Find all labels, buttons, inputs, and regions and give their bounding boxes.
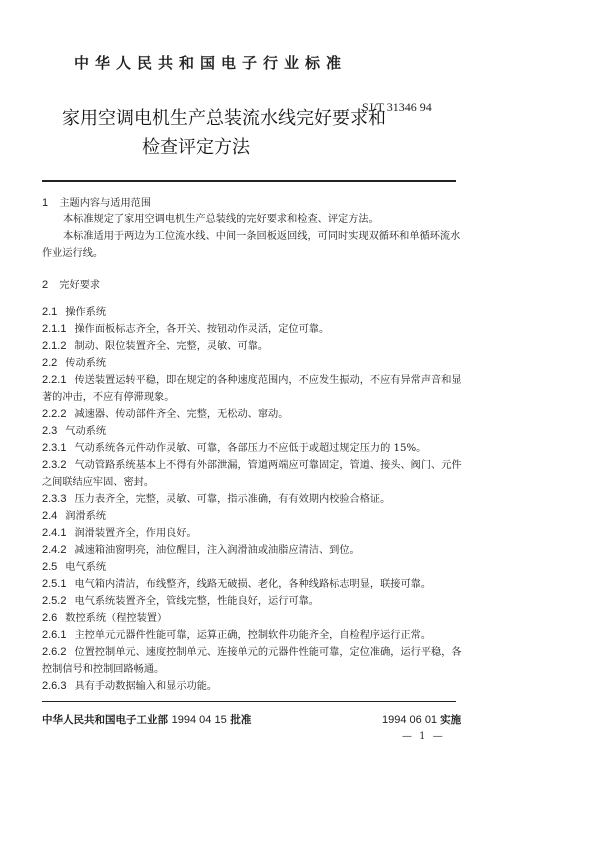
section-2-heading: 2 完好要求 <box>42 276 100 291</box>
clause-number: 2.5.2 <box>42 593 66 609</box>
clause-2-1-1: 2.1.1操作面板标志齐全，各开关、按钮动作灵活，定位可靠。 <box>42 321 329 338</box>
effective-date: 1994 06 01 <box>382 714 437 726</box>
clause-number: 2.1 <box>42 304 57 320</box>
clause-text: 电气箱内清洁，布线整齐，线路无破损、老化，各种线路标志明显，联接可靠。 <box>74 579 431 590</box>
approval-date: 1994 04 15 <box>172 714 227 726</box>
clause-2-6-1: 2.6.1主控单元元器件性能可靠，运算正确，控制软件功能齐全，自检程序运行正常。 <box>42 627 431 644</box>
approval-line: 中华人民共和国电子工业部 1994 04 15 批准 <box>42 712 251 727</box>
clause-number: 2.4 <box>42 508 57 524</box>
clause-2-1-2: 2.1.2制动、限位装置齐全、完整，灵敏、可靠。 <box>42 338 268 355</box>
clause-text: 电气系统 <box>65 562 106 573</box>
bottom-divider <box>42 701 456 702</box>
section-1-paragraph-1: 本标准规定了家用空调电机生产总装线的完好要求和检查、评定方法。 <box>42 211 462 228</box>
clause-2-5-2: 2.5.2电气系统装置齐全，管线完整，性能良好，运行可靠。 <box>42 593 319 610</box>
clause-text: 位置控制单元、速度控制单元、连接单元的元器件性能可靠，定位准确，运行平稳，各控制… <box>42 647 462 675</box>
approval-label: 批准 <box>230 714 251 726</box>
clause-2-5: 2.5电气系统 <box>42 559 106 576</box>
clause-2-3-1: 2.3.1气动系统各元件动作灵敏、可靠，各部压力不应低于或超过规定压力的 15%… <box>42 440 426 457</box>
clause-number: 2.5.1 <box>42 576 66 592</box>
page-number: — 1 — <box>402 731 445 742</box>
clause-2-5-1: 2.5.1电气箱内清洁，布线整齐，线路无破损、老化，各种线路标志明显，联接可靠。 <box>42 576 431 593</box>
issuing-body-heading: 中华人民共和国电子行业标准 <box>74 52 347 73</box>
clause-number: 2.6.1 <box>42 627 66 643</box>
effective-line: 1994 06 01 实施 <box>382 712 461 727</box>
clause-2-1: 2.1操作系统 <box>42 304 106 321</box>
clause-number: 2.1.1 <box>42 321 66 337</box>
clause-text: 操作系统 <box>65 307 106 318</box>
clause-2-3-2: 2.3.2气动管路系统基本上不得有外部泄漏，管道两端应可靠固定，管道、接头、阀门… <box>42 457 462 491</box>
clause-number: 2.3 <box>42 423 57 439</box>
clause-number: 2.6 <box>42 610 57 626</box>
clause-2-3-3: 2.3.3压力表齐全，完整，灵敏、可靠，指示准确，有有效期内校验合格证。 <box>42 491 390 508</box>
clause-number: 2.3.3 <box>42 491 66 507</box>
issuer: 中华人民共和国电子工业部 <box>42 714 168 726</box>
clause-2-4-1: 2.4.1润滑装置齐全，作用良好。 <box>42 525 197 542</box>
section-title: 完好要求 <box>59 280 100 291</box>
clause-text: 气动管路系统基本上不得有外部泄漏，管道两端应可靠固定，管道、接头、阀门、元件之间… <box>42 460 462 488</box>
clause-2-2: 2.2传动系统 <box>42 355 106 372</box>
clause-text: 操作面板标志齐全，各开关、按钮动作灵活，定位可靠。 <box>74 324 329 335</box>
effective-label: 实施 <box>440 714 461 726</box>
clause-2-6-2: 2.6.2位置控制单元、速度控制单元、连接单元的元器件性能可靠，定位准确，运行平… <box>42 644 462 678</box>
clause-number: 2.6.3 <box>42 678 66 694</box>
clause-number: 2.3.2 <box>42 457 66 474</box>
section-number: 2 <box>42 279 48 291</box>
clause-number: 2.5 <box>42 559 57 575</box>
document-title-line-1: 家用空调电机生产总装流水线完好要求和 <box>62 104 386 130</box>
clause-text: 润滑装置齐全，作用良好。 <box>74 528 196 539</box>
clause-2-2-1: 2.2.1传送装置运转平稳，即在规定的各种速度范围内，不应发生振动，不应有异常声… <box>42 372 462 406</box>
clause-text: 电气系统装置齐全，管线完整，性能良好，运行可靠。 <box>74 596 319 607</box>
clause-text: 气动系统 <box>65 426 106 437</box>
clause-2-3: 2.3气动系统 <box>42 423 106 440</box>
document-title-line-2: 检查评定方法 <box>142 133 250 159</box>
section-title: 主题内容与适用范围 <box>59 198 151 209</box>
top-divider <box>42 180 456 182</box>
standard-code: SJ/T 31346 94 <box>362 100 432 115</box>
clause-text: 减速器、传动部件齐全、完整，无松动、窜动。 <box>74 409 288 420</box>
clause-number: 2.4.1 <box>42 525 66 541</box>
section-1-heading: 1 主题内容与适用范围 <box>42 194 151 209</box>
clause-text: 制动、限位装置齐全、完整，灵敏、可靠。 <box>74 341 268 352</box>
clause-text: 气动系统各元件动作灵敏、可靠，各部压力不应低于或超过规定压力的 15%。 <box>74 443 426 454</box>
clause-number: 2.3.1 <box>42 440 66 456</box>
clause-text: 传动系统 <box>65 358 106 369</box>
clause-number: 2.2.2 <box>42 406 66 422</box>
clause-2-6: 2.6数控系统（程控装置） <box>42 610 167 627</box>
clause-number: 2.1.2 <box>42 338 66 354</box>
clause-2-4-2: 2.4.2减速箱油窗明亮，油位醒目，注入润滑油或油脂应清洁、到位。 <box>42 542 360 559</box>
clause-2-2-2: 2.2.2减速器、传动部件齐全、完整，无松动、窜动。 <box>42 406 288 423</box>
clause-2-4: 2.4润滑系统 <box>42 508 106 525</box>
clause-number: 2.6.2 <box>42 644 66 661</box>
section-number: 1 <box>42 197 48 209</box>
clause-text: 具有手动数据输入和显示功能。 <box>74 681 217 692</box>
clause-text: 减速箱油窗明亮，油位醒目，注入润滑油或油脂应清洁、到位。 <box>74 545 359 556</box>
clause-text: 数控系统（程控装置） <box>65 613 167 624</box>
clause-text: 传送装置运转平稳，即在规定的各种速度范围内，不应发生振动，不应有异常声音和显著的… <box>42 375 462 403</box>
section-1-paragraph-2: 本标准适用于两边为工位流水线、中间一条回板返回线，可同时实现双循环和单循环流水作… <box>42 228 462 262</box>
clause-2-6-3: 2.6.3具有手动数据输入和显示功能。 <box>42 678 217 695</box>
clause-text: 主控单元元器件性能可靠，运算正确，控制软件功能齐全，自检程序运行正常。 <box>74 630 431 641</box>
clause-number: 2.2.1 <box>42 372 66 389</box>
clause-text: 压力表齐全，完整，灵敏、可靠，指示准确，有有效期内校验合格证。 <box>74 494 390 505</box>
clause-number: 2.2 <box>42 355 57 371</box>
clause-text: 润滑系统 <box>65 511 106 522</box>
clause-number: 2.4.2 <box>42 542 66 558</box>
